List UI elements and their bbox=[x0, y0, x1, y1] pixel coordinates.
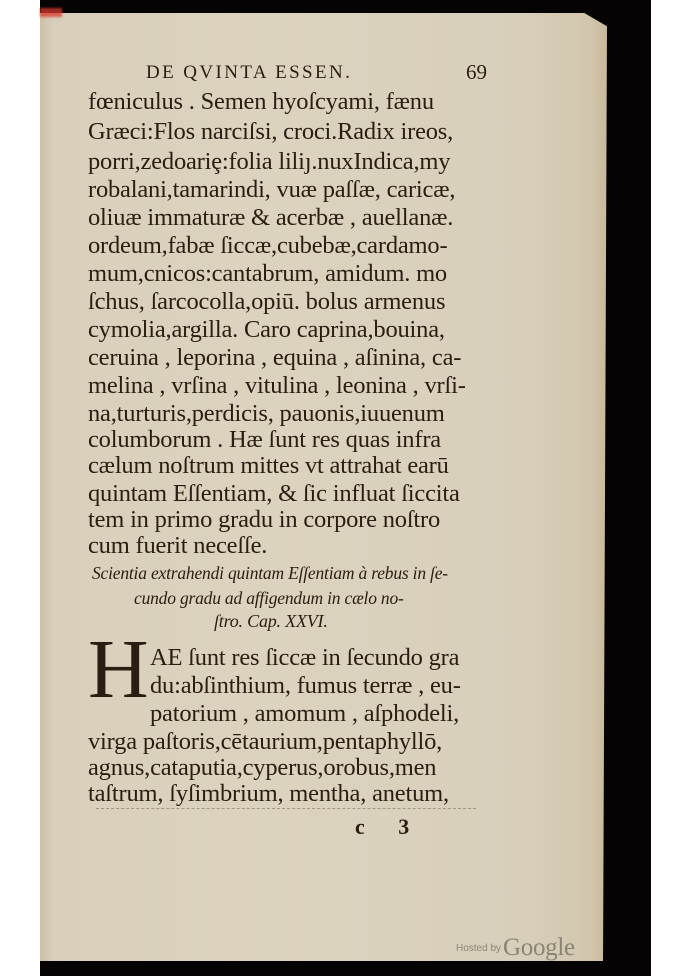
body-line: mum,cnicos:cantabrum, amidum. mo bbox=[88, 260, 447, 288]
red-ink-mark bbox=[40, 8, 62, 17]
body-line: columborum . Hæ ſunt res quas infra bbox=[88, 426, 441, 454]
body-line: robalani,tamarindi, vuæ paſſæ, caricæ, bbox=[88, 176, 455, 204]
body-line: porri,zedoariȩ:folia liliȷ.nuxIndica,my bbox=[88, 148, 450, 176]
chapter-number: ſtro. Cap. XXVI. bbox=[214, 611, 328, 632]
hosted-by-label: Hosted by bbox=[456, 943, 501, 954]
chapter-line: taſtrum, ſyſimbrium, mentha, anetum, bbox=[88, 780, 449, 808]
ink-smudge bbox=[96, 808, 476, 812]
body-line: fœniculus . Semen hyoſcyami, fænu bbox=[88, 88, 434, 116]
chapter-line: patorium , amomum , aſphodeli, bbox=[150, 700, 459, 728]
body-line: cælum noſtrum mittes vt attrahat earū bbox=[88, 452, 449, 480]
google-logo: Google bbox=[503, 934, 575, 962]
running-head: DE QVINTA ESSEN. bbox=[146, 62, 352, 84]
body-line: tem in primo gradu in corpore noſtro bbox=[88, 506, 440, 534]
body-line: oliuæ immaturæ & acerbæ , auellanæ. bbox=[88, 204, 453, 232]
body-line: cum fuerit neceſſe. bbox=[88, 532, 267, 560]
drop-cap: H bbox=[88, 628, 149, 712]
chapter-heading-line: cundo gradu ad affigendum in cælo no- bbox=[134, 588, 404, 609]
chapter-line: AE ſunt res ſiccæ in ſecundo gra bbox=[150, 644, 459, 672]
body-line: Græci:Flos narciſsi, croci.Radix ireos, bbox=[88, 118, 453, 146]
chapter-heading-line: Scientia extrahendi quintam Eſſentiam à … bbox=[92, 563, 448, 584]
body-line: melina , vrſina , vitulina , leonina , v… bbox=[88, 372, 466, 400]
body-line: ceruina , leporina , equina , aſinina, c… bbox=[88, 344, 461, 372]
body-line: quintam Eſſentiam, & ſic influat ſiccita bbox=[88, 480, 460, 508]
chapter-line: virga paſtoris,cētaurium,pentaphyllō, bbox=[88, 728, 442, 756]
body-line: na,turturis,perdicis, pauonis,iuuenum bbox=[88, 400, 445, 428]
body-line: ſchus, ſarcocolla,opiū. bolus armenus bbox=[88, 288, 445, 316]
signature-mark: c 3 bbox=[355, 814, 423, 840]
body-line: cymolia,argilla. Caro caprina,bouina, bbox=[88, 316, 445, 344]
page-number: 69 bbox=[466, 60, 487, 85]
chapter-line: agnus,cataputia,cyperus,orobus,men bbox=[88, 754, 436, 782]
chapter-line: du:abſinthium, fumus terræ , eu- bbox=[150, 672, 461, 700]
body-line: ordeum,fabæ ſiccæ,cubebæ,cardamo- bbox=[88, 232, 447, 260]
